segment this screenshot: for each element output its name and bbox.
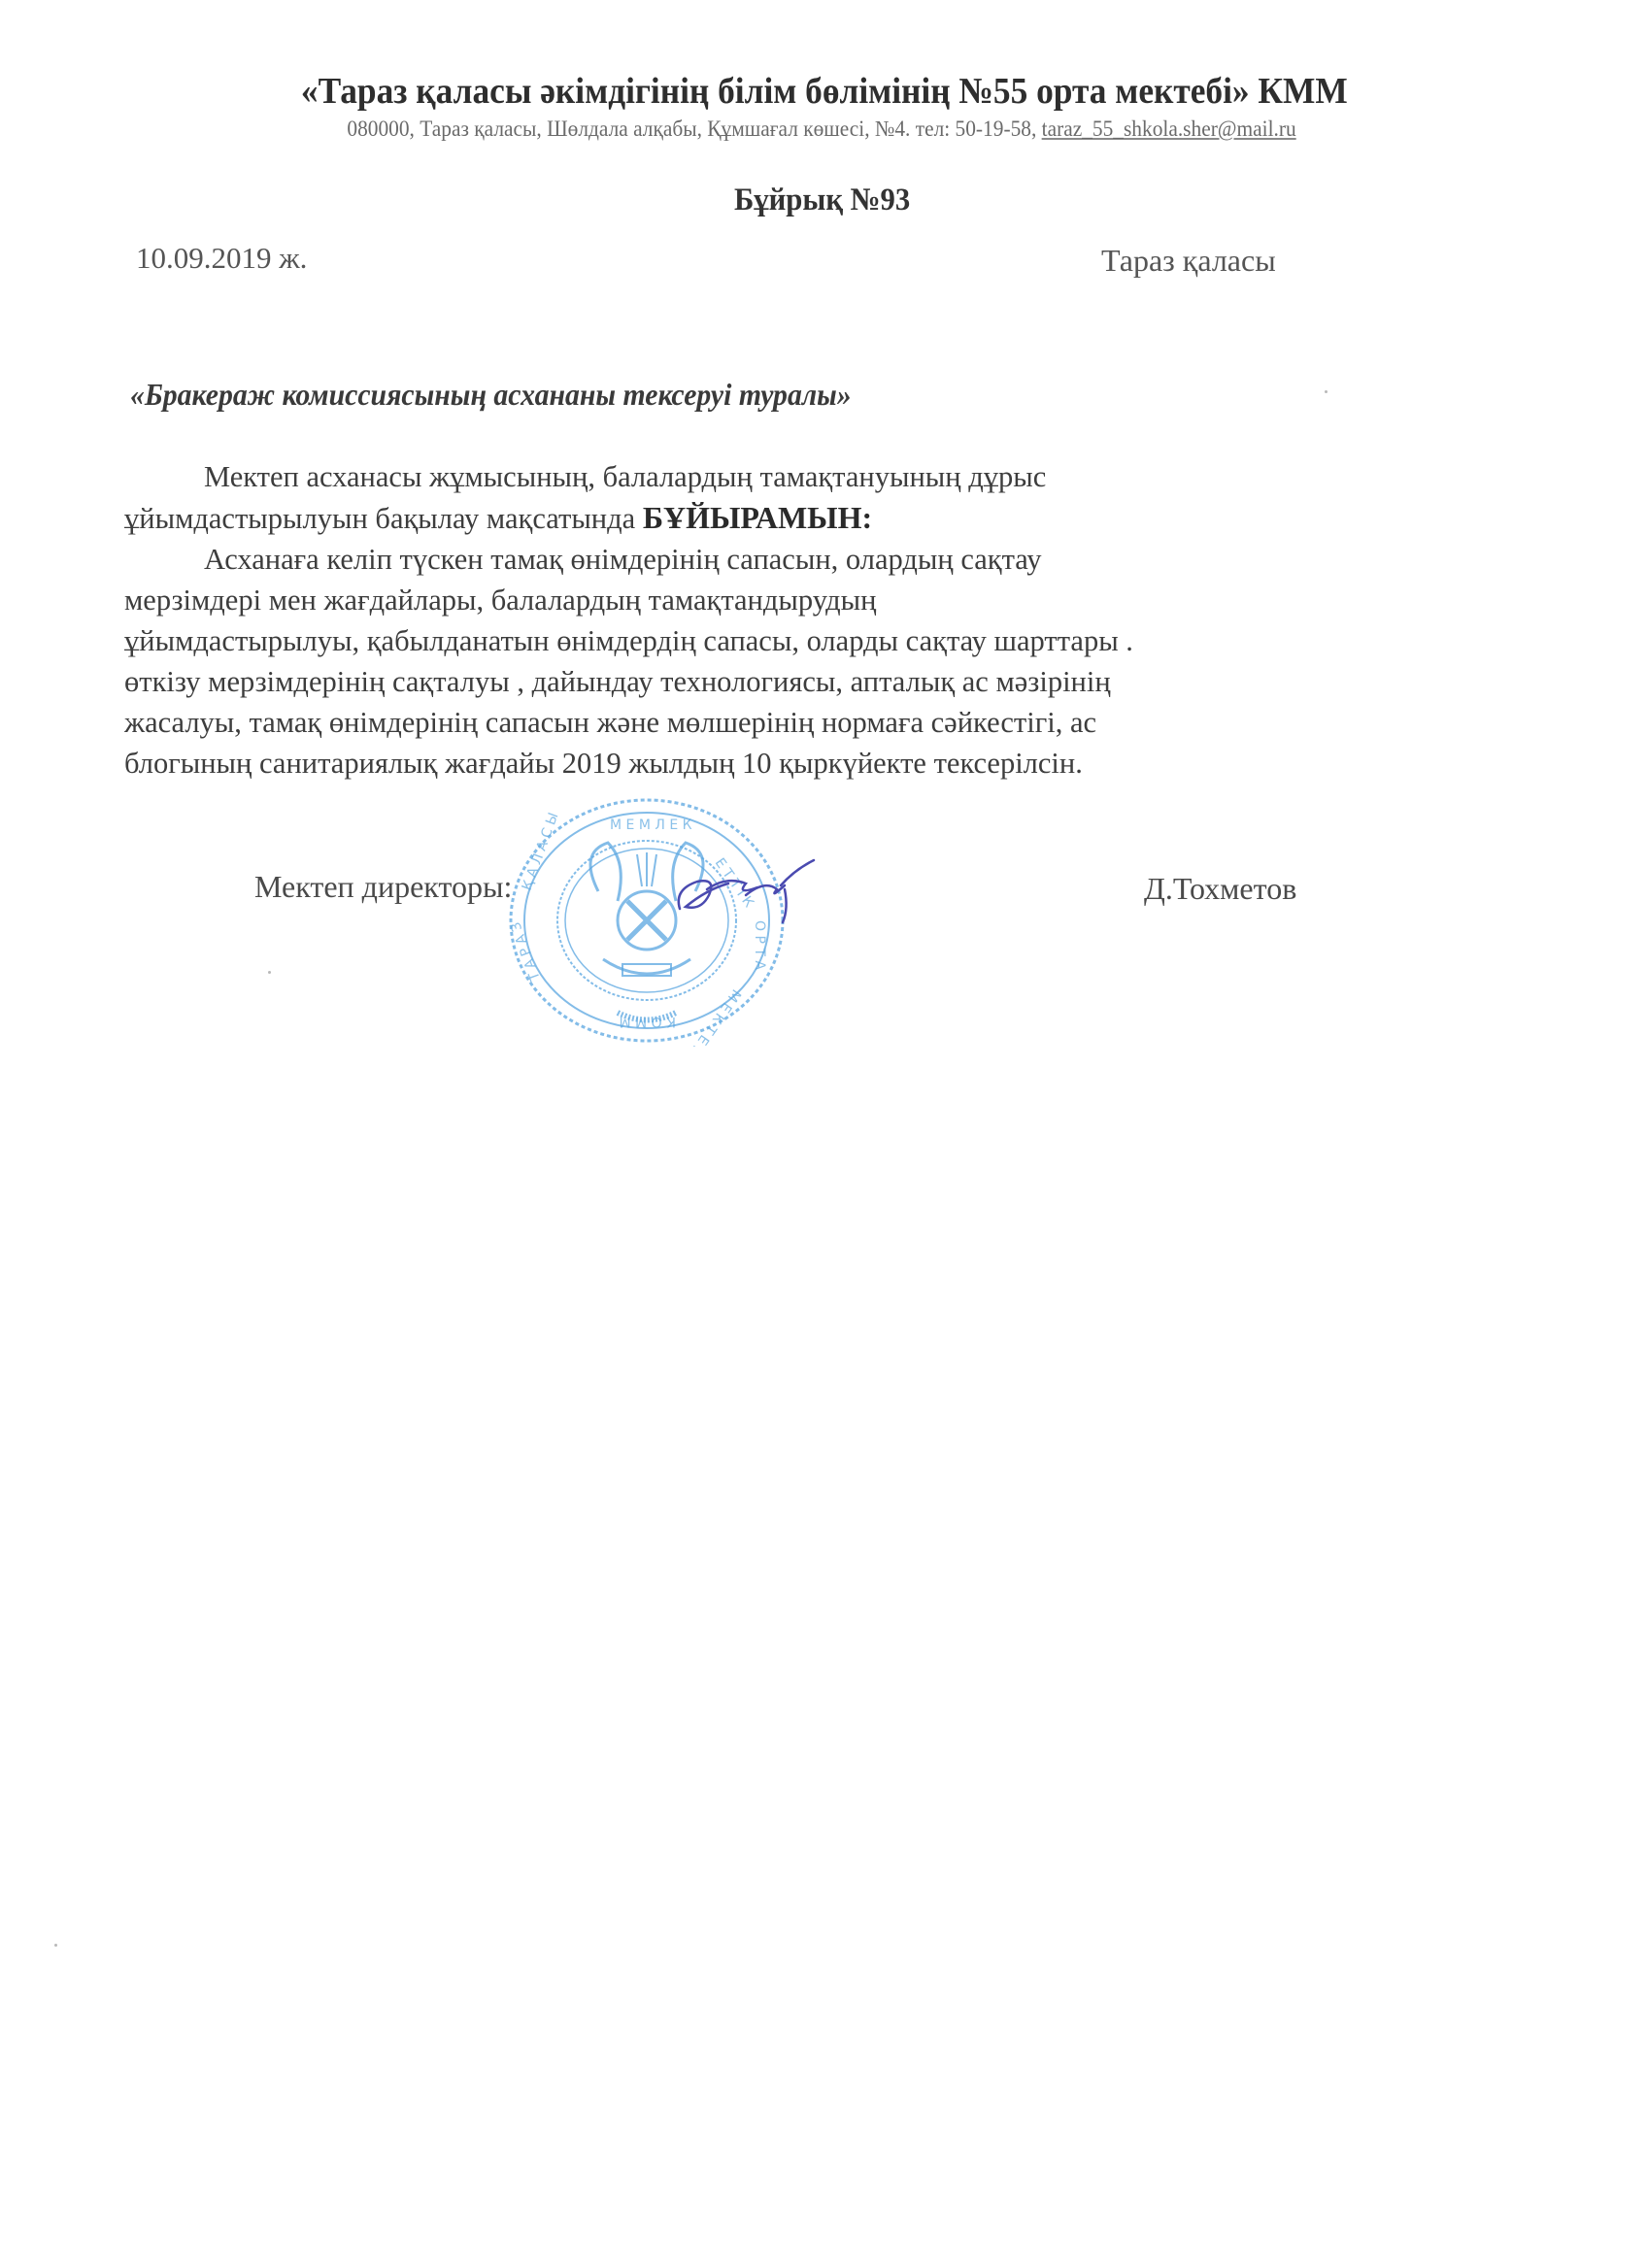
director-name: Д.Тохметов: [1144, 871, 1296, 907]
body-line: жасалуы, тамақ өнімдерінің сапасын және …: [124, 702, 1464, 743]
body-line: ұйымдастырылуын бақылау мақсатында БҰЙЫР…: [124, 497, 1464, 539]
order-body: Мектеп асханасы жұмысының, балалардың та…: [124, 456, 1464, 784]
svg-text:Т А Р А З: Т А Р А З: [508, 919, 544, 984]
order-date: 10.09.2019 ж.: [136, 241, 307, 276]
organization-address: 080000, Тараз қаласы, Шөлдала алқабы, Құ…: [55, 117, 1587, 142]
scan-speck: [268, 971, 271, 974]
director-label: Мектеп директоры:: [254, 869, 512, 905]
body-line: өткізу мерзімдерінің сақталуы , дайындау…: [124, 661, 1464, 702]
svg-text:М Е М Л Е К: М Е М Л Е К: [610, 817, 692, 833]
order-city: Тараз қаласы: [1101, 243, 1276, 279]
order-subject: «Бракераж комиссиясының асхананы тексеру…: [130, 377, 852, 413]
body-line: ұйымдастырылуы, қабылданатын өнімдердің …: [124, 620, 1464, 661]
scan-speck: [54, 1944, 57, 1947]
body-line: мерзімдері мен жағдайлары, балалардың та…: [124, 580, 1464, 620]
organization-title: «Тараз қаласы әкімдігінің білім бөліміні…: [58, 70, 1590, 113]
signature-icon: [668, 850, 823, 928]
scan-speck: [1325, 390, 1328, 393]
body-line: блогының санитариялық жағдайы 2019 жылды…: [124, 743, 1464, 784]
order-directive: БҰЙЫРАМЫН:: [643, 500, 872, 535]
svg-text:Қ А Л А С Ы: Қ А Л А С Ы: [520, 811, 562, 892]
body-line: Мектеп асханасы жұмысының, балалардың та…: [124, 456, 1464, 497]
svg-text:К О М М: К О М М: [620, 1014, 676, 1029]
order-title: Бұйрық №93: [56, 183, 1588, 218]
email-link[interactable]: taraz_55_shkola.sher@mail.ru: [1042, 117, 1296, 141]
svg-text:М Е К Т Е Б І: М Е К Т Е Б І: [682, 986, 744, 1047]
body-line-prefix: ұйымдастырылуын бақылау мақсатында: [124, 502, 643, 535]
address-text: 080000, Тараз қаласы, Шөлдала алқабы, Құ…: [347, 117, 1041, 141]
document-page: «Тараз қаласы әкімдігінің білім бөліміні…: [0, 0, 1647, 2268]
body-line: Асханаға келіп түскен тамақ өнімдерінің …: [124, 539, 1464, 580]
